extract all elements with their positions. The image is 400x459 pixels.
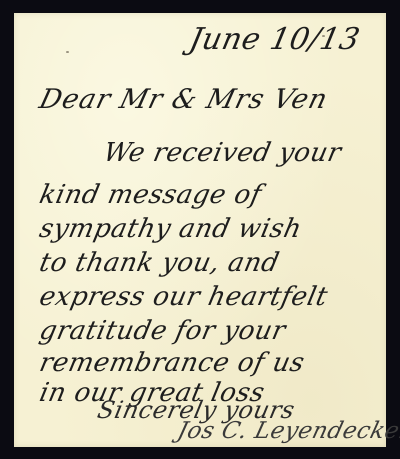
letter-date: June 10/13 [186,22,363,57]
letter-body-line: to thank you, and [37,248,282,278]
letter-body-line: We received your [101,138,344,168]
letter-salutation: Dear Mr & Mrs Ven [36,84,331,115]
letter-body-line: kind message of [37,180,264,210]
letter-signature: Jos C. Leyendecker. [175,418,400,444]
letter-body-line: sympathy and wish [37,214,305,244]
paper-speck [66,51,69,53]
letter-body-line: express our heartfelt [37,282,331,312]
document-frame: June 10/13 Dear Mr & Mrs Ven We received… [0,0,400,459]
letter-body-line: remembrance of us [37,348,308,378]
letter-body-line: gratitude for your [37,316,289,346]
